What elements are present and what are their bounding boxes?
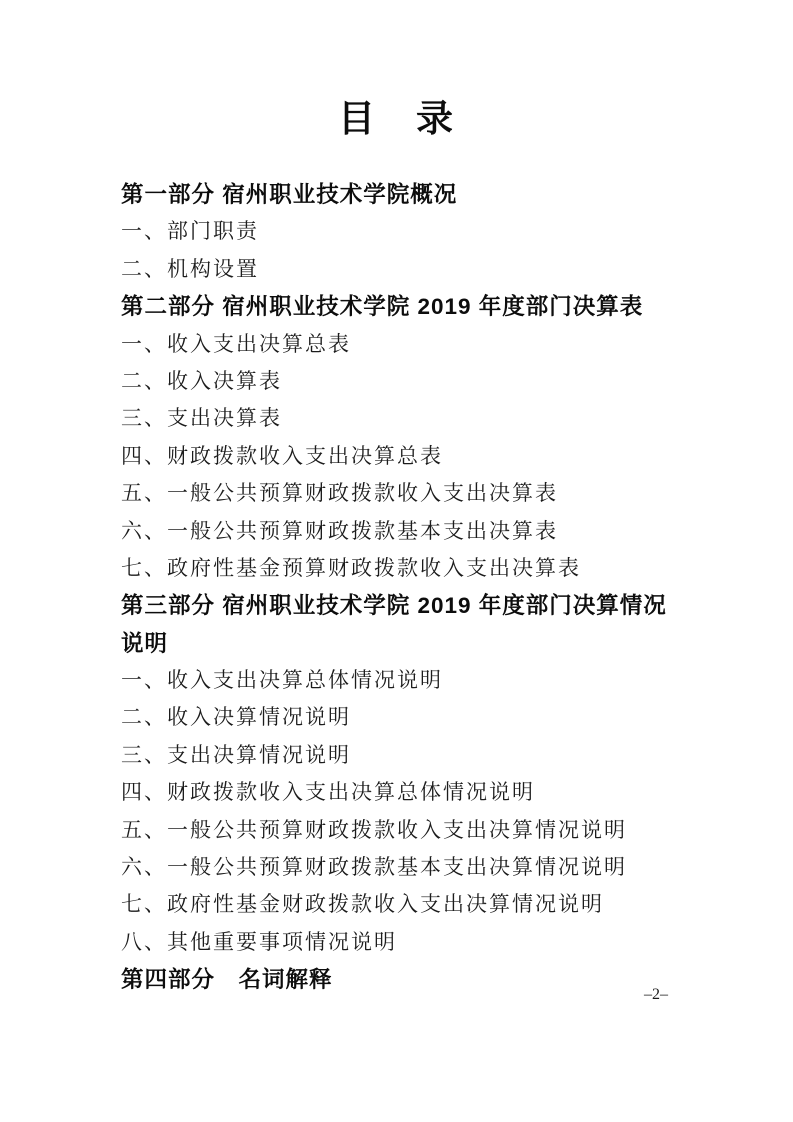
toc-heading-part2: 第二部分 宿州职业技术学院 2019 年度部门决算表 xyxy=(121,288,677,325)
toc-item-part2-2: 二、收入决算表 xyxy=(121,363,677,400)
toc-item-part3-2: 二、收入决算情况说明 xyxy=(121,699,677,736)
toc-item-part3-5: 五、一般公共预算财政拨款收入支出决算情况说明 xyxy=(121,812,677,849)
toc-item-part2-5: 五、一般公共预算财政拨款收入支出决算表 xyxy=(121,475,677,512)
toc-item-part3-8: 八、其他重要事项情况说明 xyxy=(121,924,677,961)
document-page: 目 录 第一部分 宿州职业技术学院概况 一、部门职责 二、机构设置 第二部分 宿… xyxy=(0,0,793,1122)
toc-item-part2-7: 七、政府性基金预算财政拨款收入支出决算表 xyxy=(121,550,677,587)
toc-item-part3-1: 一、收入支出决算总体情况说明 xyxy=(121,662,677,699)
toc-item-part3-6: 六、一般公共预算财政拨款基本支出决算情况说明 xyxy=(121,849,677,886)
toc-heading-part3-line2: 说明 xyxy=(121,625,677,662)
toc-item-part3-4: 四、财政拨款收入支出决算总体情况说明 xyxy=(121,774,677,811)
page-title: 目 录 xyxy=(0,88,793,142)
toc-heading-part1: 第一部分 宿州职业技术学院概况 xyxy=(121,176,677,213)
toc-heading-part3-line1: 第三部分 宿州职业技术学院 2019 年度部门决算情况 xyxy=(121,587,677,624)
toc-item-part1-2: 二、机构设置 xyxy=(121,251,677,288)
toc-item-part2-1: 一、收入支出决算总表 xyxy=(121,326,677,363)
toc-item-part2-6: 六、一般公共预算财政拨款基本支出决算表 xyxy=(121,513,677,550)
table-of-contents: 第一部分 宿州职业技术学院概况 一、部门职责 二、机构设置 第二部分 宿州职业技… xyxy=(121,176,677,999)
toc-item-part3-7: 七、政府性基金财政拨款收入支出决算情况说明 xyxy=(121,886,677,923)
toc-item-part3-3: 三、支出决算情况说明 xyxy=(121,737,677,774)
toc-item-part1-1: 一、部门职责 xyxy=(121,213,677,250)
toc-item-part2-3: 三、支出决算表 xyxy=(121,400,677,437)
page-number: –2– xyxy=(0,986,668,1004)
toc-item-part2-4: 四、财政拨款收入支出决算总表 xyxy=(121,438,677,475)
